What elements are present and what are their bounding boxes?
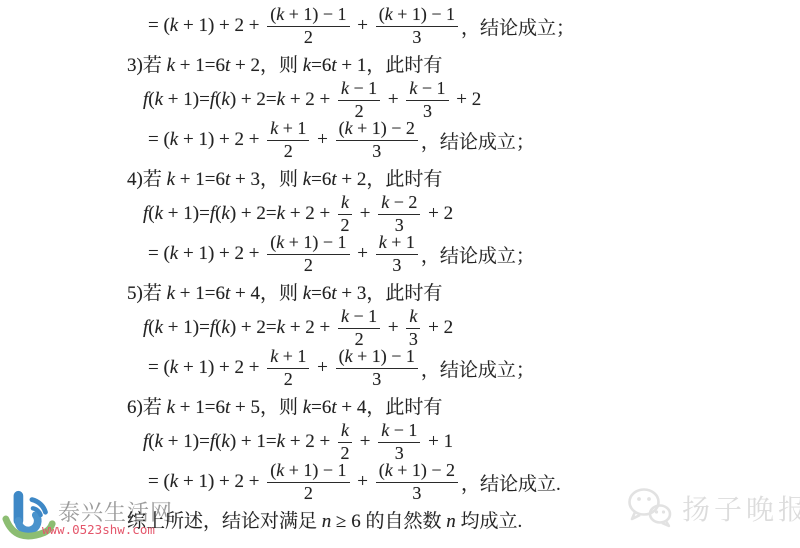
fraction: k − 23: [378, 193, 420, 235]
fraction-numerator: (k + 1) − 1: [267, 5, 349, 26]
fraction-numerator: k − 1: [406, 79, 448, 100]
math-line: = (k + 1) + 2 + k + 12 + (k + 1) − 13，结论…: [0, 348, 800, 388]
math-line: 3)若 k + 1=6t + 2，则 k=6t + 1，此时有: [0, 46, 800, 80]
fraction: (k + 1) − 23: [376, 461, 458, 503]
math-text: 综上所述，结论对满足 n ≥ 6 的自然数 n 均成立.: [127, 506, 522, 533]
math-text: +: [312, 129, 332, 151]
math-text: +: [383, 317, 403, 339]
math-text: = (k + 1) + 2 +: [148, 243, 264, 265]
fraction-denominator: 3: [392, 255, 401, 275]
math-text: ，结论成立.: [461, 469, 561, 496]
math-text: f(k + 1)=f(k) + 2=k + 2 +: [143, 89, 335, 111]
math-text: 6)若 k + 1=6t + 5，则 k=6t + 4，此时有: [127, 392, 442, 419]
math-text: +: [353, 243, 373, 265]
math-text: +: [355, 203, 375, 225]
fraction-numerator: k − 1: [338, 79, 380, 100]
fraction: k − 13: [406, 79, 448, 121]
fraction-numerator: (k + 1) − 1: [267, 233, 349, 254]
math-text: f(k + 1)=f(k) + 2=k + 2 +: [143, 317, 335, 339]
fraction-numerator: k − 1: [378, 421, 420, 442]
math-content: = (k + 1) + 2 + (k + 1) − 12 + (k + 1) −…: [0, 6, 800, 536]
math-text: ，结论成立；: [461, 13, 575, 40]
fraction: (k + 1) − 12: [267, 233, 349, 275]
fraction-numerator: k − 2: [378, 193, 420, 214]
math-line: = (k + 1) + 2 + (k + 1) − 12 + k + 13，结论…: [0, 234, 800, 274]
fraction-numerator: k: [338, 193, 352, 214]
math-text: + 2: [423, 317, 453, 339]
math-text: +: [355, 431, 375, 453]
fraction-numerator: (k + 1) − 1: [376, 5, 458, 26]
fraction-denominator: 2: [304, 483, 313, 503]
fraction: k + 12: [267, 119, 309, 161]
math-line: 5)若 k + 1=6t + 4，则 k=6t + 3，此时有: [0, 274, 800, 308]
math-line: 综上所述，结论对满足 n ≥ 6 的自然数 n 均成立.: [0, 502, 800, 536]
math-text: +: [312, 357, 332, 379]
math-text: ，结论成立；: [421, 355, 535, 382]
math-text: +: [353, 471, 373, 493]
fraction-numerator: (k + 1) − 1: [267, 461, 349, 482]
fraction: k − 12: [338, 79, 380, 121]
math-text: + 2: [423, 203, 453, 225]
fraction-denominator: 3: [423, 101, 432, 121]
fraction: (k + 1) − 23: [336, 119, 418, 161]
math-text: 5)若 k + 1=6t + 4，则 k=6t + 3，此时有: [127, 278, 442, 305]
fraction-numerator: (k + 1) − 1: [336, 347, 418, 368]
fraction-denominator: 3: [372, 141, 381, 161]
math-line: f(k + 1)=f(k) + 2=k + 2 + k − 12 + k3 + …: [0, 308, 800, 348]
math-text: f(k + 1)=f(k) + 1=k + 2 +: [143, 431, 335, 453]
math-line: = (k + 1) + 2 + (k + 1) − 12 + (k + 1) −…: [0, 462, 800, 502]
document-page: = (k + 1) + 2 + (k + 1) − 12 + (k + 1) −…: [0, 0, 800, 548]
math-text: = (k + 1) + 2 +: [148, 15, 264, 37]
fraction: k3: [406, 307, 420, 349]
math-text: ，结论成立；: [421, 241, 535, 268]
fraction: k − 12: [338, 307, 380, 349]
fraction: k + 12: [267, 347, 309, 389]
math-text: 4)若 k + 1=6t + 3，则 k=6t + 2，此时有: [127, 164, 442, 191]
math-text: + 2: [452, 89, 482, 111]
math-line: 4)若 k + 1=6t + 3，则 k=6t + 2，此时有: [0, 160, 800, 194]
fraction-numerator: k + 1: [376, 233, 418, 254]
fraction-numerator: k + 1: [267, 347, 309, 368]
fraction: (k + 1) − 13: [336, 347, 418, 389]
fraction-denominator: 2: [284, 141, 293, 161]
math-line: f(k + 1)=f(k) + 1=k + 2 + k2 + k − 13 + …: [0, 422, 800, 462]
fraction: (k + 1) − 12: [267, 461, 349, 503]
fraction-numerator: k: [338, 421, 352, 442]
math-text: = (k + 1) + 2 +: [148, 471, 264, 493]
math-line: f(k + 1)=f(k) + 2=k + 2 + k2 + k − 23 + …: [0, 194, 800, 234]
fraction-numerator: (k + 1) − 2: [376, 461, 458, 482]
fraction: k2: [338, 193, 352, 235]
fraction-denominator: 3: [372, 369, 381, 389]
fraction: (k + 1) − 12: [267, 5, 349, 47]
math-text: +: [353, 15, 373, 37]
fraction-denominator: 2: [304, 27, 313, 47]
fraction: (k + 1) − 13: [376, 5, 458, 47]
math-line: = (k + 1) + 2 + (k + 1) − 12 + (k + 1) −…: [0, 6, 800, 46]
fraction-denominator: 2: [304, 255, 313, 275]
math-text: 3)若 k + 1=6t + 2，则 k=6t + 1，此时有: [127, 50, 442, 77]
math-text: = (k + 1) + 2 +: [148, 129, 264, 151]
fraction: k2: [338, 421, 352, 463]
math-text: + 1: [423, 431, 453, 453]
fraction-denominator: 3: [412, 483, 421, 503]
math-line: f(k + 1)=f(k) + 2=k + 2 + k − 12 + k − 1…: [0, 80, 800, 120]
fraction-numerator: k + 1: [267, 119, 309, 140]
math-text: +: [383, 89, 403, 111]
fraction-numerator: k: [406, 307, 420, 328]
fraction-numerator: k − 1: [338, 307, 380, 328]
math-line: = (k + 1) + 2 + k + 12 + (k + 1) − 23，结论…: [0, 120, 800, 160]
math-text: ，结论成立；: [421, 127, 535, 154]
math-text: = (k + 1) + 2 +: [148, 357, 264, 379]
fraction-denominator: 3: [412, 27, 421, 47]
math-text: f(k + 1)=f(k) + 2=k + 2 +: [143, 203, 335, 225]
fraction: k + 13: [376, 233, 418, 275]
fraction: k − 13: [378, 421, 420, 463]
fraction-numerator: (k + 1) − 2: [336, 119, 418, 140]
math-line: 6)若 k + 1=6t + 5，则 k=6t + 4，此时有: [0, 388, 800, 422]
fraction-denominator: 2: [284, 369, 293, 389]
